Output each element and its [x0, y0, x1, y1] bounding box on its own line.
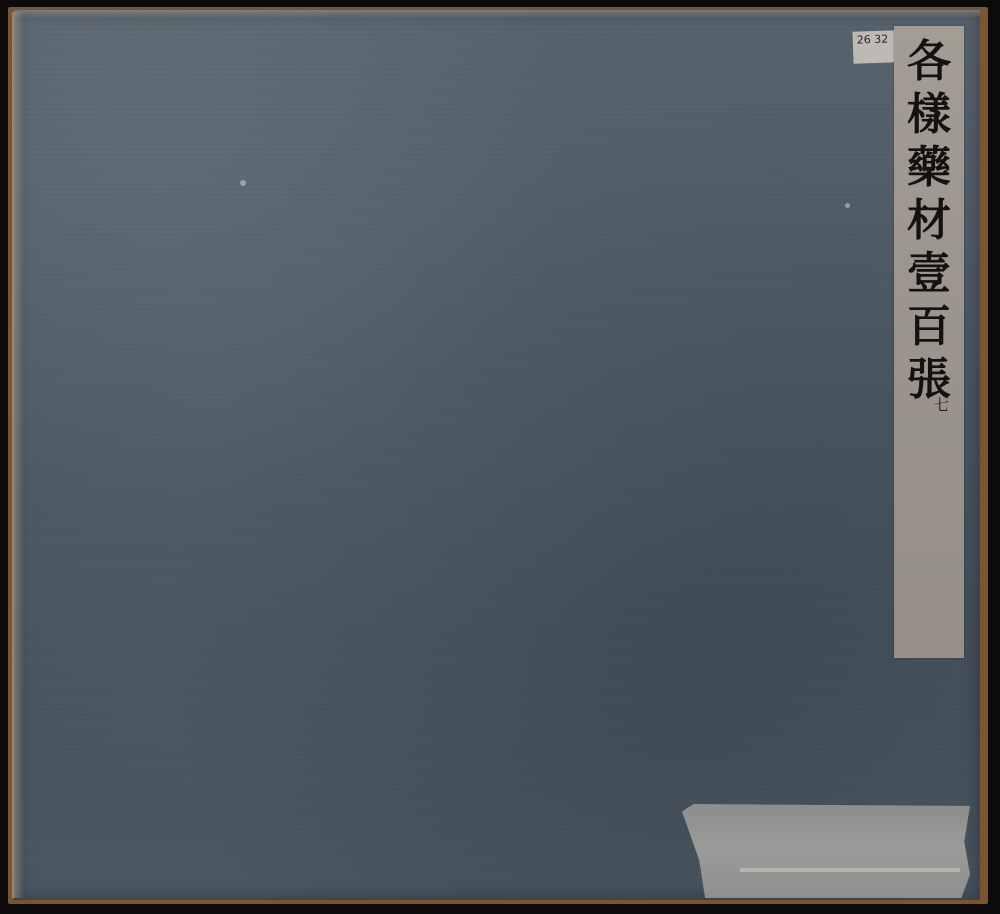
title-char: 材 — [907, 199, 951, 252]
inventory-label-text: 26 32 — [857, 33, 889, 47]
patch-crease — [740, 868, 960, 872]
cover-paper — [14, 10, 980, 900]
photo-stage: 26 32 各 樣 藥 材 壹 百 張 七 — [0, 0, 1000, 914]
paper-speck — [845, 203, 850, 208]
paper-repair-patch — [682, 804, 970, 898]
title-char: 藥 — [907, 146, 951, 199]
volume-mark: 七 — [934, 394, 949, 415]
worn-top-edge — [14, 10, 980, 18]
title-text: 各 樣 藥 材 壹 百 張 — [894, 40, 964, 411]
worn-left-edge — [12, 12, 24, 898]
paper-speck — [240, 180, 246, 186]
title-char: 壹 — [907, 252, 951, 305]
inventory-label: 26 32 — [852, 30, 897, 64]
title-char: 百 — [907, 305, 951, 358]
title-char: 各 — [907, 40, 951, 93]
title-char: 樣 — [907, 93, 951, 146]
title-slip: 各 樣 藥 材 壹 百 張 七 — [894, 26, 964, 658]
